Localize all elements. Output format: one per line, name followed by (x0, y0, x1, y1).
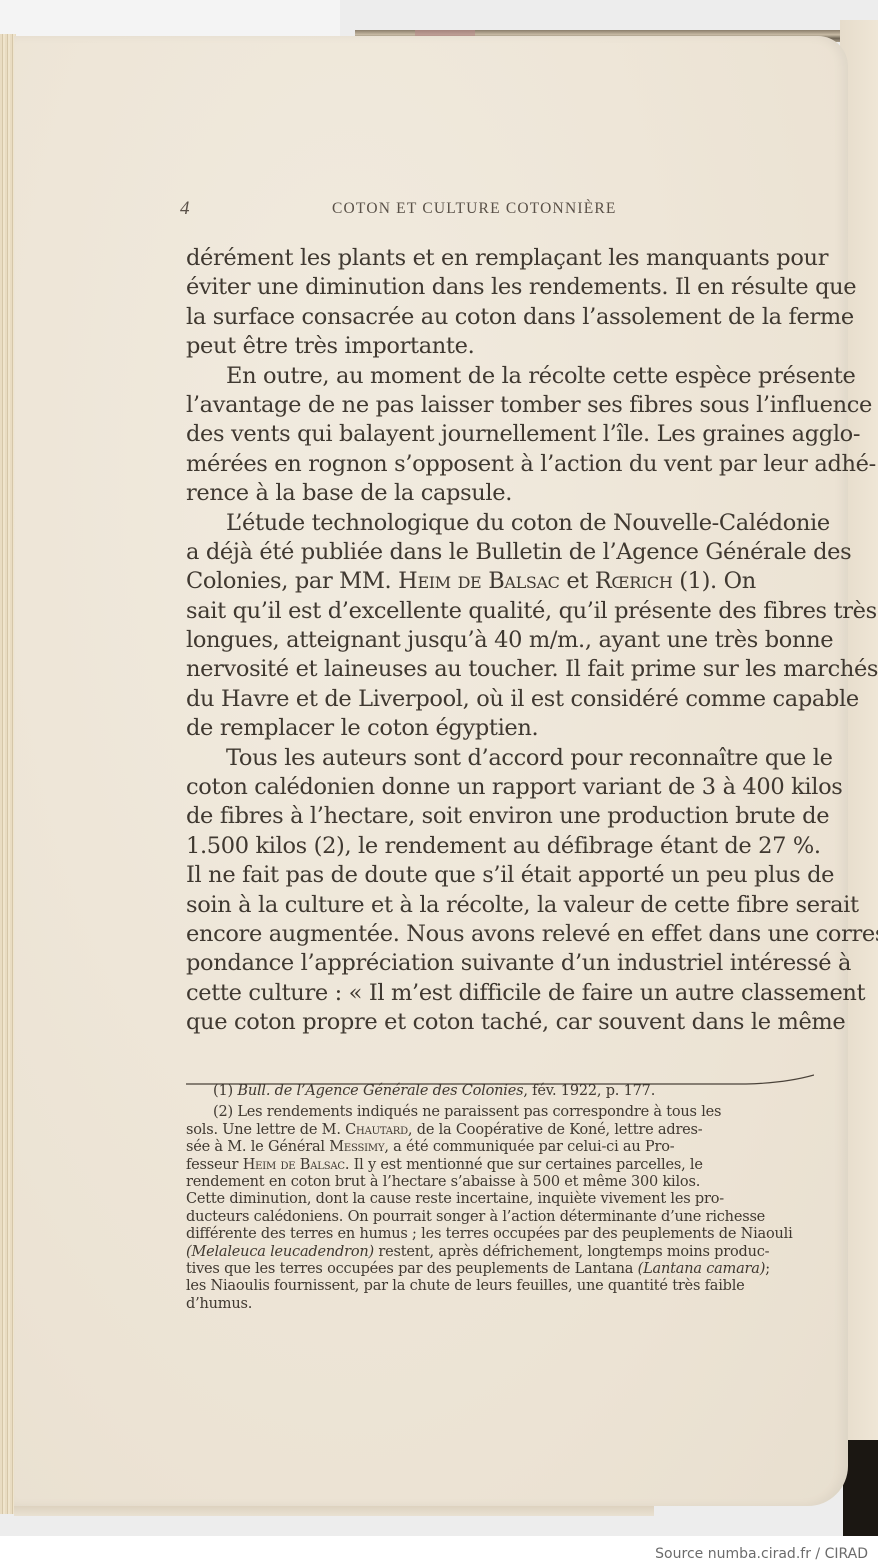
text-fragment: , a été communiquée par celui-ci au Pro- (384, 1139, 674, 1155)
text-line: éviter une diminution dans les rendement… (186, 273, 816, 302)
text-fragment: et (560, 568, 595, 594)
footnote-2-line: sols. Une lettre de M. Chautard, de la C… (186, 1122, 816, 1139)
text-line: soin à la culture et à la récolte, la va… (186, 891, 816, 920)
scan-background (0, 0, 340, 36)
author-name: Rœrich (595, 568, 673, 594)
footnote-2-line: tives que les terres occupées par des pe… (186, 1261, 816, 1278)
text-fragment: . Il y est mentionné que sur certaines p… (345, 1157, 703, 1173)
text-line: des vents qui balayent journellement l’î… (186, 420, 816, 449)
text-fragment: sols. Une lettre de M. (186, 1122, 345, 1138)
person-name: Chautard (345, 1122, 408, 1138)
text-line: nervosité et laineuses au toucher. Il fa… (186, 655, 816, 684)
person-name: Heim de Balsac (243, 1157, 345, 1173)
text-fragment: fesseur (186, 1157, 243, 1173)
text-line: la surface consacrée au coton dans l’ass… (186, 303, 816, 332)
text-fragment: Colonies, par MM. (186, 568, 398, 594)
source-credit: Source numba.cirad.fr / CIRAD (655, 1546, 868, 1562)
text-fragment: sée à M. le Général (186, 1139, 329, 1155)
footnote-2-line: les Niaoulis fournissent, par la chute d… (186, 1278, 816, 1295)
text-line: longues, atteignant jusqu’à 40 m/m., aya… (186, 626, 816, 655)
text-line: que coton propre et coton taché, car sou… (186, 1008, 816, 1037)
running-head-title: COTON ET CULTURE COTONNIÈRE (332, 200, 617, 218)
page-bottom-edge (14, 1506, 654, 1516)
footnote-ref: (1). On (672, 568, 755, 594)
text-line: L’étude technologique du coton de Nouvel… (186, 509, 816, 538)
text-fragment: restent, après défrichement, longtemps m… (374, 1244, 769, 1260)
footnote-2-line: différente des terres en humus ; les ter… (186, 1226, 816, 1243)
scanned-book-spread: 4 COTON ET CULTURE COTONNIÈRE dérément l… (0, 0, 878, 1536)
text-fragment: ; (765, 1261, 770, 1277)
text-line: rence à la base de la capsule. (186, 479, 816, 508)
text-line: 1.500 kilos (2), le rendement au défibra… (186, 832, 816, 861)
text-line: l’avantage de ne pas laisser tomber ses … (186, 391, 816, 420)
text-line: En outre, au moment de la récolte cette … (186, 362, 816, 391)
text-line: de remplacer le coton égyptien. (186, 714, 816, 743)
footnote-2-line: d’humus. (186, 1296, 816, 1313)
text-line: a déjà été publiée dans le Bulletin de l… (186, 538, 816, 567)
text-line: Colonies, par MM. Heim de Balsac et Rœri… (186, 567, 816, 596)
body-text: dérément les plants et en remplaçant les… (186, 244, 816, 1038)
footnote-2-line: fesseur Heim de Balsac. Il y est mention… (186, 1157, 816, 1174)
text-line: encore augmentée. Nous avons relevé en e… (186, 920, 816, 949)
running-head: 4 COTON ET CULTURE COTONNIÈRE (180, 198, 790, 222)
text-line: cette culture : « Il m’est difficile de … (186, 979, 816, 1008)
text-line: Il ne fait pas de doute que s’il était a… (186, 861, 816, 890)
footnote-1: (1) Bull. de l’Agence Générale des Colon… (186, 1083, 816, 1100)
text-line: mérées en rognon s’opposent à l’action d… (186, 450, 816, 479)
footnote-number: (1) (213, 1083, 237, 1099)
citation-detail: , fév. 1922, p. 177. (523, 1083, 655, 1099)
text-line: sait qu’il est d’excellente qualité, qu’… (186, 597, 816, 626)
text-line: dérément les plants et en remplaçant les… (186, 244, 816, 273)
text-fragment: tives que les terres occupées par des pe… (186, 1261, 638, 1277)
text-line: du Havre et de Liverpool, où il est cons… (186, 685, 816, 714)
footnote-2-line: ducteurs calédoniens. On pourrait songer… (186, 1209, 816, 1226)
author-name: Heim de Balsac (398, 568, 559, 594)
footnote-2-line: Cette diminution, dont la cause reste in… (186, 1191, 816, 1208)
footnote-2-line: (Melaleuca leucadendron) restent, après … (186, 1244, 816, 1261)
footnotes: (1) Bull. de l’Agence Générale des Colon… (186, 1083, 816, 1313)
text-fragment: , de la Coopérative de Koné, lettre adre… (408, 1122, 703, 1138)
page-number: 4 (180, 198, 190, 220)
footnote-2-line: (2) Les rendements indiqués ne paraissen… (186, 1104, 816, 1121)
footnote-2-line: sée à M. le Général Messimy, a été commu… (186, 1139, 816, 1156)
text-line: de fibres à l’hectare, soit environ une … (186, 802, 816, 831)
text-line: coton calédonien donne un rapport varian… (186, 773, 816, 802)
species-name: (Lantana camara) (638, 1261, 766, 1277)
text-line: peut être très importante. (186, 332, 816, 361)
text-line: pondance l’appréciation suivante d’un in… (186, 949, 816, 978)
species-name: (Melaleuca leucadendron) (186, 1244, 374, 1260)
text-line: Tous les auteurs sont d’accord pour reco… (186, 744, 816, 773)
person-name: Messimy (329, 1139, 384, 1155)
book-cover-edge (843, 1440, 878, 1536)
citation-title: Bull. de l’Agence Générale des Colonies (237, 1083, 523, 1099)
footnote-2-line: rendement en coton brut à l’hectare s’ab… (186, 1174, 816, 1191)
